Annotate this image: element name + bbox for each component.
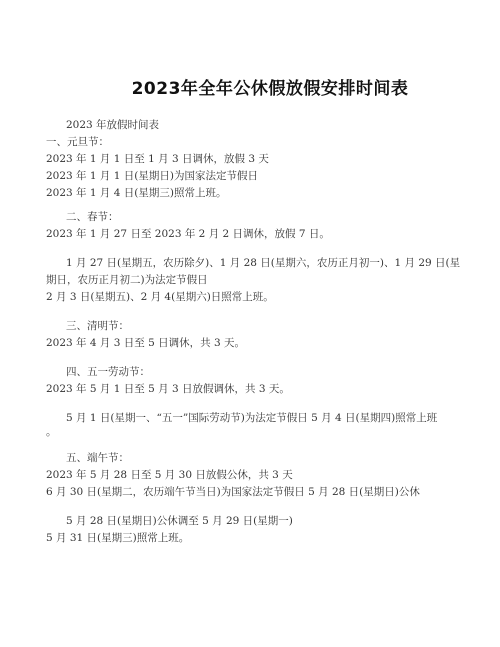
text-line: 。 [46, 424, 57, 439]
text-line: 二、春节： [66, 209, 119, 224]
text-line: 1 月 27 日(星期五，农历除夕)、1 月 28 日(星期六，农历正月初一)、… [66, 255, 460, 270]
text-line: 6 月 30 日(星期二，农历端午节当日)为国家法定节假日 5 月 28 日(星… [46, 484, 420, 499]
document-title: 2023年全年公休假放假安排时间表 [0, 74, 500, 99]
text-line: 五、端午节： [66, 450, 129, 465]
text-line: 2023 年 5 月 28 日至 5 月 30 日放假公休，共 3 天 [46, 467, 293, 482]
text-line: 2023 年 1 月 1 日至 1 月 3 日调休，放假 3 天 [46, 151, 269, 166]
text-line: 期日，农历正月初二)为法定节假日 [46, 272, 208, 287]
text-line: 三、清明节： [66, 318, 129, 333]
text-line: 2 月 3 日(星期五)、2 月 4(星期六)日照常上班。 [46, 289, 274, 304]
text-line: 2023 年 1 月 27 日至 2023 年 2 月 2 日调休，放假 7 日… [46, 226, 330, 241]
text-line: 5 月 1 日(星期一、“五一”国际劳动节)为法定节假日 5 月 4 日(星期四… [66, 410, 437, 425]
text-line: 2023 年 1 月 4 日(星期三)照常上班。 [46, 185, 226, 200]
text-line: 一、元旦节： [46, 134, 109, 149]
text-line: 2023 年 4 月 3 日至 5 日调休，共 3 天。 [46, 335, 245, 350]
text-line: 四、五一劳动节： [66, 364, 150, 379]
text-line: 2023 年 5 月 1 日至 5 月 3 日放假调休，共 3 天。 [46, 381, 290, 396]
text-line: 2023 年 1 月 1 日(星期日)为国家法定节假日 [46, 168, 258, 183]
text-line: 5 月 28 日(星期日)公休调至 5 月 29 日(星期一) [66, 513, 293, 528]
text-line: 5 月 31 日(星期三)照常上班。 [46, 530, 189, 545]
text-line: 2023 年放假时间表 [66, 117, 159, 132]
